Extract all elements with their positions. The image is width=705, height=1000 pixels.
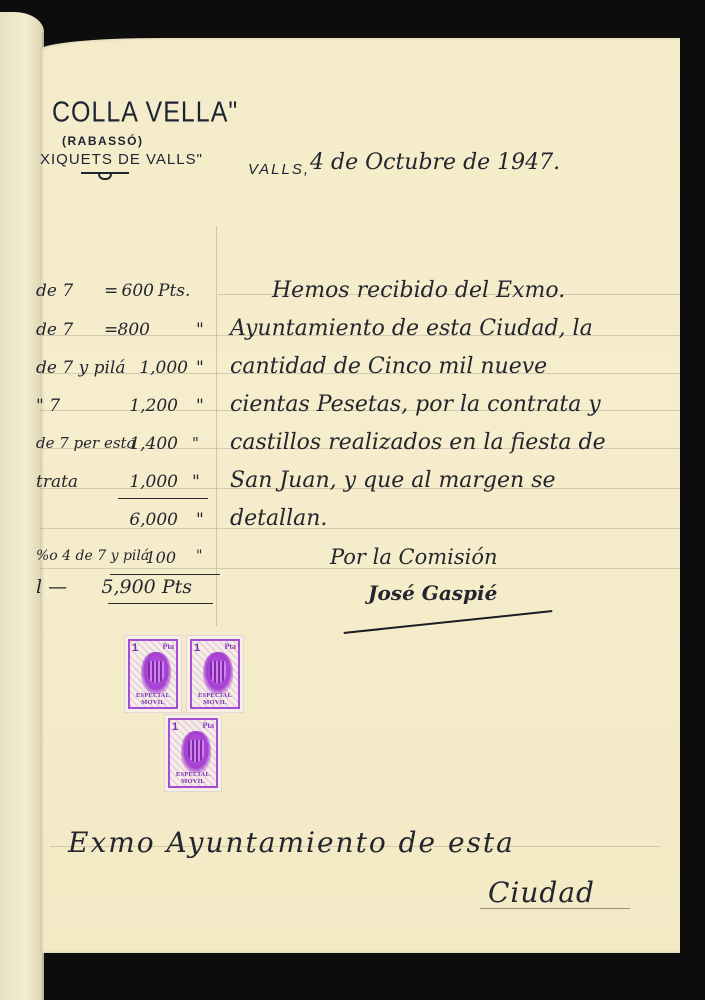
calc-amount: 600 xyxy=(122,281,154,301)
closing: Por la Comisión xyxy=(330,545,498,569)
body-line: detallan. xyxy=(230,506,327,531)
total-underline xyxy=(108,603,213,604)
calc-unit: " xyxy=(192,472,200,492)
calc-unit: Pts. xyxy=(158,281,190,301)
shield-icon xyxy=(148,661,164,683)
calc-unit: " xyxy=(196,548,202,564)
calc-label: de 7 xyxy=(36,281,73,301)
stamp-text: ESPECIAL MOVIL xyxy=(170,771,216,785)
calc-operator: = xyxy=(104,281,118,301)
calc-amount: 1,400 xyxy=(129,434,178,454)
calc-total: 5,900 Pts xyxy=(101,576,192,598)
body-line: castillos realizados en la fiesta de xyxy=(230,430,606,455)
calc-label: %o 4 de 7 y pilá xyxy=(36,548,149,564)
calc-label: de 7 xyxy=(36,320,73,340)
body-line: cantidad de Cinco mil nueve xyxy=(230,354,547,379)
stamp-text: ESPECIAL MOVIL xyxy=(192,692,238,706)
calc-amount: 100 xyxy=(145,548,176,567)
addressee-line-2: Ciudad xyxy=(488,876,595,909)
stamp-value: 1 xyxy=(172,721,178,733)
calc-amount: 6,000 xyxy=(129,510,178,530)
place-name: VALLS, xyxy=(248,161,310,178)
body-line: Hemos recibido del Exmo. xyxy=(272,278,565,303)
revenue-stamp: 1 Pta ESPECIAL MOVIL xyxy=(186,635,244,713)
total-overline xyxy=(110,574,220,575)
subtotal-underline xyxy=(118,498,208,499)
stamp-unit: Pta xyxy=(202,721,214,730)
letterhead-subtitle: (RABASSÓ) xyxy=(62,134,144,148)
body-line: Ayuntamiento de esta Ciudad, la xyxy=(230,316,593,341)
calculation-column: de 7 = 600 Pts. de 7 = 800 " de 7 y pilá… xyxy=(40,270,220,600)
calc-unit: " xyxy=(196,358,204,378)
signature: José Gaspié xyxy=(368,581,497,605)
calc-unit: " xyxy=(196,396,204,416)
calc-amount: 1,000 xyxy=(139,358,188,378)
addressee-underline xyxy=(480,908,630,909)
signature-flourish xyxy=(343,610,552,634)
revenue-stamp: 1 Pta ESPECIAL MOVIL xyxy=(124,635,182,713)
body-line: cientas Pesetas, por la contrata y xyxy=(230,392,601,417)
calc-amount: 1,200 xyxy=(129,396,178,416)
stamp-value: 1 xyxy=(194,642,200,654)
calc-operator: = xyxy=(104,320,118,340)
calc-label: " 7 xyxy=(36,396,60,416)
calc-label: de 7 per esta xyxy=(36,434,136,452)
calc-amount: 800 xyxy=(118,320,150,340)
letterhead-ornament-icon xyxy=(81,172,129,174)
stamp-text: ESPECIAL MOVIL xyxy=(130,692,176,706)
date: 4 de Octubre de 1947. xyxy=(310,150,560,175)
calc-label: de 7 y pilá xyxy=(36,358,125,378)
shield-icon xyxy=(188,740,204,762)
calc-unit: " xyxy=(196,320,204,340)
revenue-stamp: 1 Pta ESPECIAL MOVIL xyxy=(164,714,222,792)
stamp-value: 1 xyxy=(132,642,138,654)
calc-label: trata xyxy=(36,472,78,492)
calc-unit: " xyxy=(196,510,204,530)
shield-icon xyxy=(210,661,226,683)
body-line: San Juan, y que al margen se xyxy=(230,468,556,493)
facing-page-edge xyxy=(0,12,44,1000)
calc-unit: " xyxy=(192,434,199,452)
calc-amount: 1,000 xyxy=(129,472,178,492)
calc-label: l — xyxy=(36,576,67,598)
letterhead-tagline: XIQUETS DE VALLS" xyxy=(40,151,203,168)
addressee-line-1: Exmo Ayuntamiento de esta xyxy=(68,826,515,859)
stamp-unit: Pta xyxy=(224,642,236,651)
letterhead-title: COLLA VELLA" xyxy=(52,96,238,129)
document-page: COLLA VELLA" (RABASSÓ) XIQUETS DE VALLS"… xyxy=(40,38,680,953)
stamp-unit: Pta xyxy=(162,642,174,651)
